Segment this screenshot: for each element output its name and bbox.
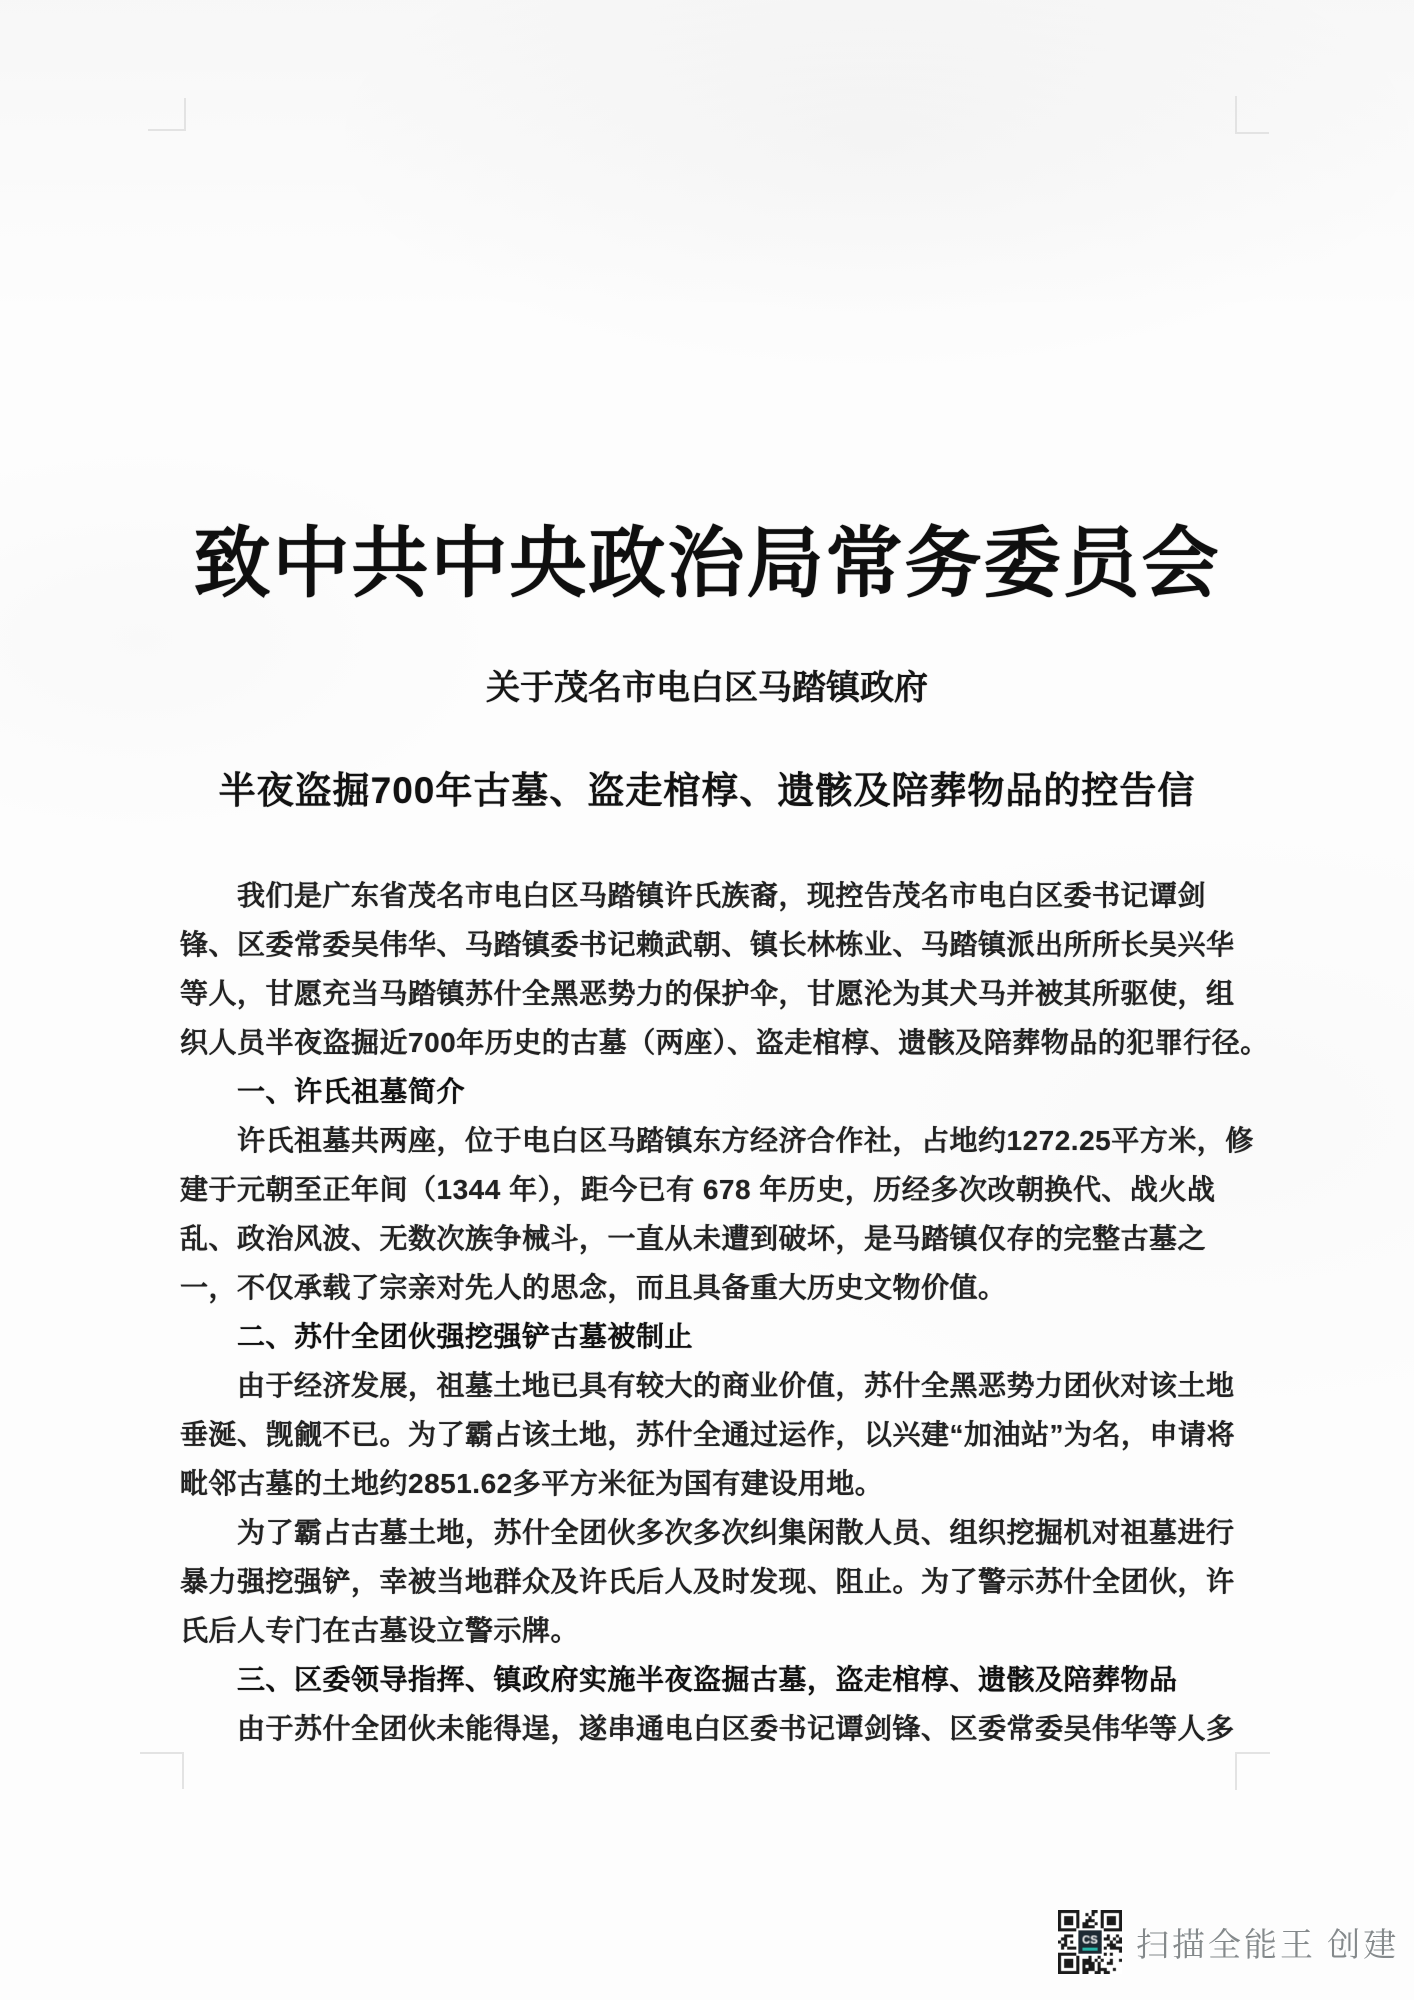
camscanner-watermark: 扫描全能王 创建 — [1058, 1910, 1399, 1974]
section-heading: 二、苏什全团伙强挖强铲古墓被制止 — [180, 1312, 1255, 1361]
body-line: 等人，甘愿充当马踏镇苏什全黑恶势力的保护伞，甘愿沦为其犬马并被其所驱使，组 — [180, 969, 1255, 1018]
section-heading: 一、许氏祖墓简介 — [180, 1067, 1255, 1116]
body-line: 氏后人专门在古墓设立警示牌。 — [180, 1606, 1255, 1655]
scanned-page: 致中共中央政治局常务委员会 关于茂名市电白区马踏镇政府 半夜盗掘700年古墓、盗… — [0, 0, 1414, 2000]
body-line: 乱、政治风波、无数次族争械斗，一直从未遭到破坏，是马踏镇仅存的完整古墓之 — [180, 1214, 1255, 1263]
document-body: 我们是广东省茂名市电白区马踏镇许氏族裔，现控告茂名市电白区委书记谭剑锋、区委常委… — [180, 871, 1255, 1753]
scan-corner-mark-bottom-left — [140, 1752, 184, 1789]
body-line: 建于元朝至正年间（1344 年），距今已有 678 年历史，历经多次改朝换代、战… — [180, 1165, 1255, 1214]
body-line: 毗邻古墓的土地约2851.62多平方米征为国有建设用地。 — [180, 1459, 1255, 1508]
page-title: 致中共中央政治局常务委员会 — [0, 520, 1414, 609]
body-line: 锋、区委常委吴伟华、马踏镇委书记赖武朝、镇长林栋业、马踏镇派出所所长吴兴华 — [180, 920, 1255, 969]
watermark-label: 扫描全能王 创建 — [1136, 1919, 1399, 1966]
body-line: 为了霸占古墓土地，苏什全团伙多次多次纠集闲散人员、组织挖掘机对祖墓进行 — [180, 1508, 1255, 1557]
scan-corner-mark-bottom-right — [1235, 1752, 1270, 1790]
body-line: 织人员半夜盗掘近700年历史的古墓（两座）、盗走棺椁、遗骸及陪葬物品的犯罪行径。 — [180, 1018, 1255, 1067]
body-line: 垂涎、觊觎不已。为了霸占该土地，苏什全通过运作，以兴建“加油站”为名，申请将 — [180, 1410, 1255, 1459]
body-line: 暴力强挖强铲，幸被当地群众及许氏后人及时发现、阻止。为了警示苏什全团伙，许 — [180, 1557, 1255, 1606]
body-line: 许氏祖墓共两座，位于电白区马踏镇东方经济合作社，占地约1272.25平方米，修 — [180, 1116, 1255, 1165]
scan-corner-mark-top-right — [1235, 96, 1269, 134]
qr-code-icon — [1058, 1910, 1122, 1974]
body-line: 我们是广东省茂名市电白区马踏镇许氏族裔，现控告茂名市电白区委书记谭剑 — [180, 871, 1255, 920]
document-subtitle-line2: 半夜盗掘700年古墓、盗走棺椁、遗骸及陪葬物品的控告信 — [0, 760, 1414, 814]
document-subtitle-line1: 关于茂名市电白区马踏镇政府 — [0, 660, 1414, 709]
scan-corner-mark-top-left — [148, 98, 186, 131]
body-line: 由于经济发展，祖墓土地已具有较大的商业价值，苏什全黑恶势力团伙对该土地 — [180, 1361, 1255, 1410]
body-line: 由于苏什全团伙未能得逞，遂串通电白区委书记谭剑锋、区委常委吴伟华等人多 — [180, 1704, 1255, 1753]
body-line: 一，不仅承载了宗亲对先人的思念，而且具备重大历史文物价值。 — [180, 1263, 1255, 1312]
section-heading: 三、区委领导指挥、镇政府实施半夜盗掘古墓，盗走棺椁、遗骸及陪葬物品 — [180, 1655, 1255, 1704]
